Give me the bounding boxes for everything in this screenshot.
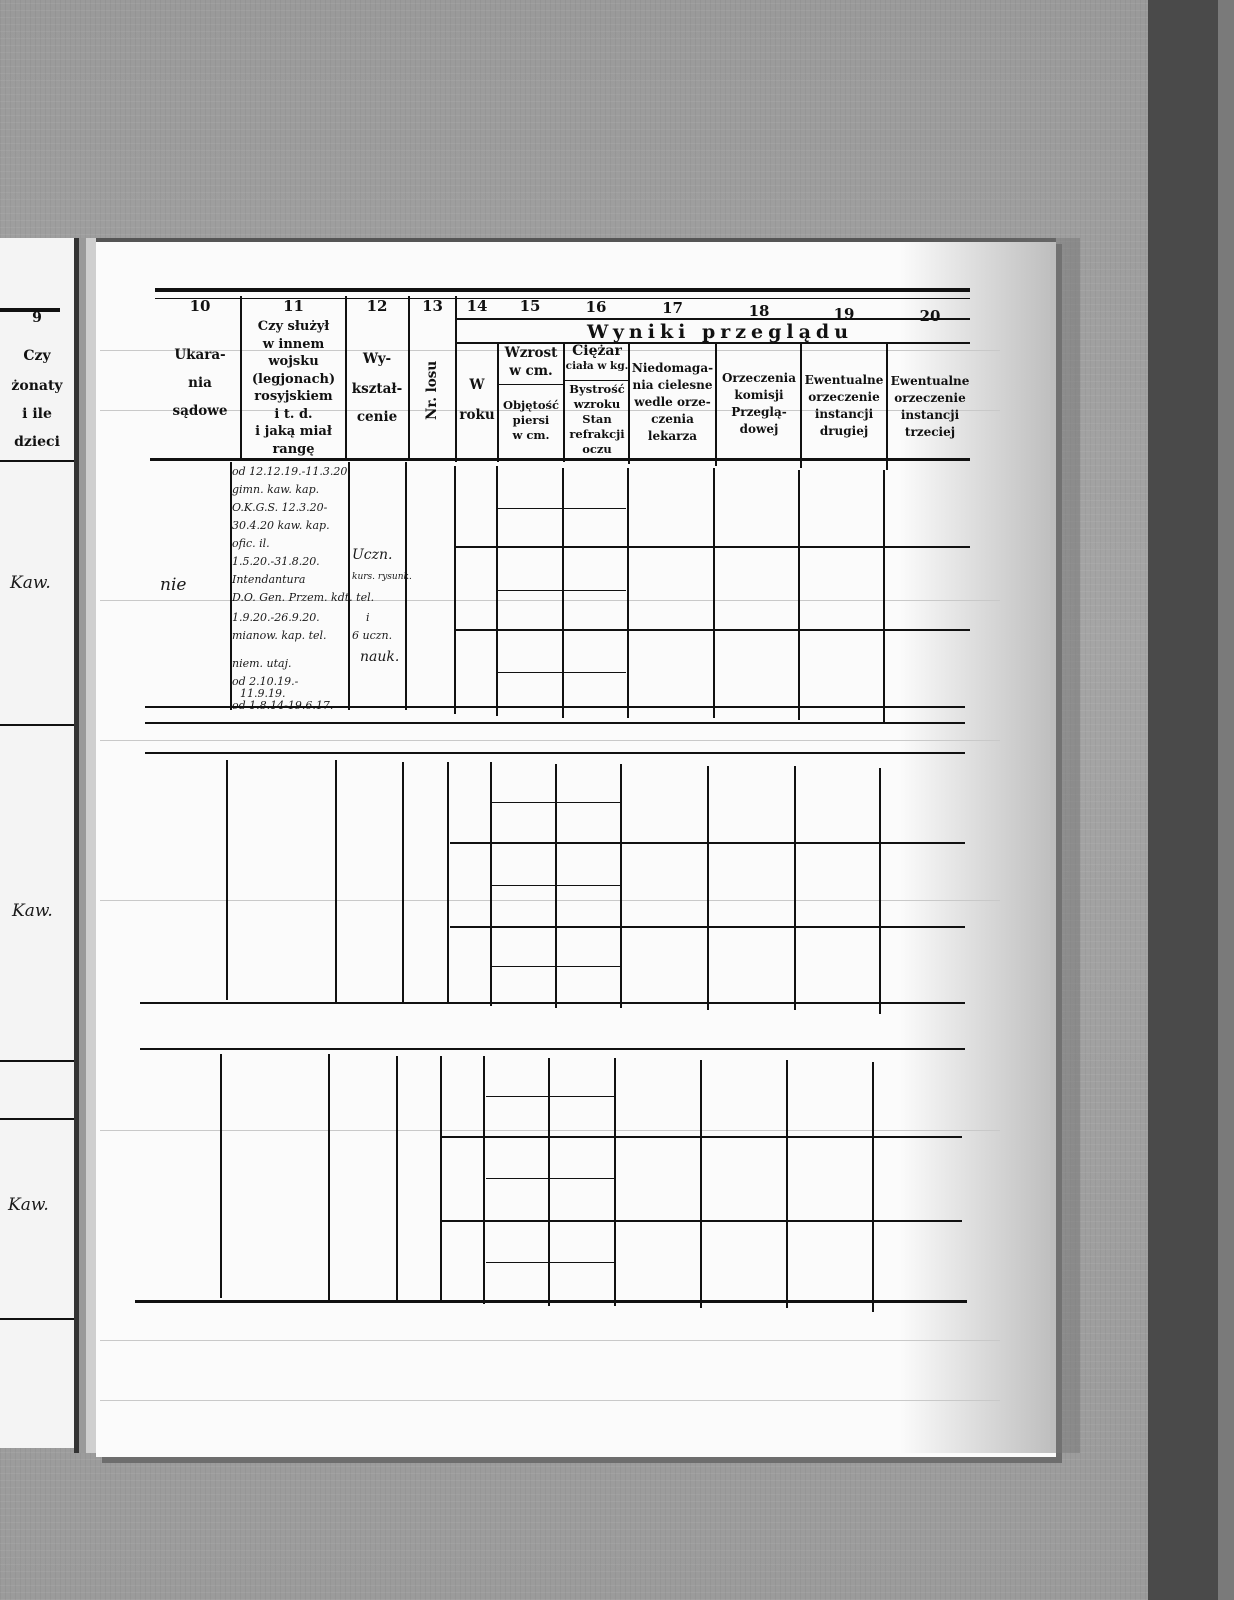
column-header-17: Niedomaga- nia cielesne wedle orze- czen… <box>630 360 715 445</box>
column-number: 18 <box>718 302 800 320</box>
header-line: wojsku <box>242 353 345 371</box>
handwritten-line: Intendantura <box>232 572 305 588</box>
header-line: ciała w kg. <box>565 359 629 374</box>
left-column-number: 9 <box>0 310 74 326</box>
header-line: Niedomaga- <box>630 360 715 377</box>
row-separator <box>145 752 965 754</box>
column-divider <box>447 762 449 1004</box>
cell-subdivider <box>486 1178 614 1179</box>
row-subdivider <box>455 629 970 631</box>
cell-subdivider <box>492 885 620 886</box>
column-number: 12 <box>347 297 407 315</box>
cell-subdivider <box>492 802 620 803</box>
cell-subdivider <box>486 1262 614 1263</box>
header-line: Stan <box>565 412 629 427</box>
left-page: 9 Czy żonaty i ile dzieci Kaw. Kaw. Kaw. <box>0 238 79 1448</box>
column-divider <box>345 296 347 458</box>
book-spine <box>74 238 96 1453</box>
row-separator <box>140 1048 965 1050</box>
header-line: roku <box>458 406 496 424</box>
header-line: lekarza <box>630 428 715 445</box>
handwritten-line: i <box>366 610 370 626</box>
header-line: Czy służył <box>242 318 345 336</box>
header-line: Ciężar <box>565 344 629 359</box>
header-line: instancji <box>803 406 885 423</box>
column-header-12: Wy- kształ- cenie <box>347 350 407 426</box>
header-line: Objętość <box>499 398 563 413</box>
header-line: kształ- <box>347 380 407 398</box>
header-line: orzeczenie <box>803 389 885 406</box>
scanner-edge-shadow <box>1148 0 1218 1600</box>
column-number: 10 <box>160 297 240 315</box>
column-divider <box>490 762 492 1006</box>
handwritten-line: 1.9.20.-26.9.20. <box>232 610 320 626</box>
header-line: w cm. <box>499 428 563 443</box>
handwritten-line: 1.5.20.-31.8.20. <box>232 554 320 570</box>
handwritten-line: 30.4.20 kaw. kap. <box>232 518 330 534</box>
header-line: Ewentualne <box>803 372 885 389</box>
header-line: Orzeczenia <box>718 370 800 387</box>
column-divider <box>628 342 630 464</box>
column-header-13: Nr. losu <box>424 356 440 420</box>
handwritten-line: mianow. kap. tel. <box>232 628 327 644</box>
header-line: nia cielesne <box>630 377 715 394</box>
column-divider <box>786 1060 788 1308</box>
column-divider <box>614 1058 616 1306</box>
header-line: piersi <box>499 413 563 428</box>
column-header-20: Ewentualne orzeczenie instancji trzeciej <box>888 373 972 441</box>
divider <box>0 1118 74 1120</box>
column-divider <box>328 1054 330 1300</box>
column-number: 14 <box>458 297 496 315</box>
row-separator <box>145 706 965 708</box>
column-divider <box>240 296 242 458</box>
header-line: Wy- <box>347 350 407 368</box>
row-subdivider <box>450 842 965 844</box>
header-line: drugiej <box>803 423 885 440</box>
column-divider <box>483 1056 485 1304</box>
header-line: instancji <box>888 407 972 424</box>
left-entry: Kaw. <box>12 904 53 920</box>
column-header-15-bottom: Objętość piersi w cm. <box>499 398 563 443</box>
row-subdivider <box>455 546 970 548</box>
column-number: 20 <box>888 307 972 325</box>
column-number: 19 <box>803 305 885 323</box>
handwritten-line: niem. utaj. <box>232 656 292 672</box>
column-divider <box>886 342 888 470</box>
header-line: wzroku <box>565 397 629 412</box>
header-line: Ewentualne <box>888 373 972 390</box>
header-line: orzeczenie <box>888 390 972 407</box>
column-header-11: Czy służył w innem wojsku (legjonach) ro… <box>242 318 345 458</box>
column-header-16-bottom: Bystrość wzroku Stan refrakcji oczu <box>565 382 629 457</box>
handwritten-line: 6 uczn. <box>352 628 392 644</box>
column-divider <box>620 764 622 1008</box>
column-divider <box>220 1054 222 1298</box>
header-line: oczu <box>565 442 629 457</box>
column-divider <box>794 766 796 1010</box>
header-line: wedle orze- <box>630 394 715 411</box>
left-column-header-line: dzieci <box>0 434 74 450</box>
header-line: dowej <box>718 421 800 438</box>
scanner-edge <box>1218 0 1234 1600</box>
header-line: sądowe <box>160 402 240 420</box>
handwritten-line: ofic. il. <box>232 536 270 552</box>
column-divider <box>707 766 709 1010</box>
divider <box>0 1318 74 1320</box>
cell-subdivider <box>486 1096 614 1097</box>
column-divider <box>627 468 629 718</box>
header-line: (legjonach) <box>242 371 345 389</box>
divider <box>0 460 74 462</box>
header-line: rosyjskiem <box>242 388 345 406</box>
column-divider <box>700 1060 702 1308</box>
column-divider <box>497 342 499 462</box>
header-line: Bystrość <box>565 382 629 397</box>
left-entry: Kaw. <box>8 1198 49 1214</box>
header-line: Przeglą- <box>718 404 800 421</box>
header-line: refrakcji <box>565 427 629 442</box>
handwritten-line: Uczn. <box>352 548 392 564</box>
faint-rule <box>100 1340 1000 1341</box>
cell-subdivider <box>498 672 626 673</box>
column-divider <box>496 466 498 716</box>
handwritten-line: O.K.G.S. 12.3.20- <box>232 500 327 516</box>
column-divider <box>555 764 557 1008</box>
handwritten-line: D.O. Gen. Przem. kdt. tel. <box>232 590 374 606</box>
column-divider <box>226 760 228 1000</box>
header-line: W <box>458 376 496 394</box>
left-column-header-line: żonaty <box>0 378 74 394</box>
column-divider <box>408 296 410 458</box>
column-divider <box>715 342 717 466</box>
header-top-rule <box>155 288 970 292</box>
column-number: 15 <box>498 297 562 315</box>
header-line: rangę <box>242 441 345 459</box>
divider <box>0 1060 74 1062</box>
header-line: i t. d. <box>242 406 345 424</box>
column-divider <box>562 468 564 718</box>
faint-rule <box>100 1130 1000 1131</box>
handwritten-line: kurs. rysunk. <box>352 570 412 586</box>
column-divider <box>348 462 350 710</box>
subheader-divider <box>499 384 563 385</box>
handwritten-line: gimn. kaw. kap. <box>232 482 319 498</box>
column-divider <box>396 1056 398 1302</box>
column-divider <box>879 768 881 1014</box>
row-subdivider <box>442 1220 962 1222</box>
header-line: cenie <box>347 408 407 426</box>
row-separator <box>135 1300 967 1303</box>
column-divider <box>405 462 407 710</box>
column-header-10: Ukara- nia sądowe <box>160 346 240 420</box>
faint-rule <box>100 1400 1000 1401</box>
column-header-14: W roku <box>458 376 496 424</box>
header-line: komisji <box>718 387 800 404</box>
column-header-16: Ciężar ciała w kg. <box>565 344 629 374</box>
header-bottom-rule <box>150 458 970 461</box>
column-number: 17 <box>630 299 715 317</box>
header-line: trzeciej <box>888 424 972 441</box>
column-divider <box>872 1062 874 1312</box>
cell-subdivider <box>498 590 626 591</box>
column-divider <box>454 466 456 714</box>
header-line: nia <box>160 374 240 392</box>
column-divider <box>798 470 800 720</box>
left-column-header-line: Czy <box>0 348 74 364</box>
row-separator <box>145 722 965 724</box>
column-divider <box>440 1056 442 1302</box>
left-column-header-line: i ile <box>0 406 74 422</box>
header-line: w innem <box>242 336 345 354</box>
column-divider <box>563 342 565 462</box>
column-number: 16 <box>565 298 627 316</box>
column-divider <box>713 468 715 718</box>
column-number: 11 <box>242 297 345 315</box>
header-line: i jaką miał <box>242 423 345 441</box>
column-number: 13 <box>410 297 455 315</box>
cell-subdivider <box>492 966 620 967</box>
header-line: Ukara- <box>160 346 240 364</box>
left-entry: Kaw. <box>10 576 51 592</box>
faint-rule <box>100 740 1000 741</box>
column-header-15: Wzrost w cm. <box>499 344 563 380</box>
column-divider <box>335 760 337 1002</box>
column-divider <box>402 762 404 1004</box>
handwritten-line: od 12.12.19.-11.3.20. <box>232 464 351 480</box>
row-subdivider <box>442 1136 962 1138</box>
row-subdivider <box>450 926 965 928</box>
cell-col10: nie <box>160 578 186 594</box>
header-line: czenia <box>630 411 715 428</box>
subheader-divider <box>565 380 629 381</box>
column-divider <box>455 296 457 462</box>
header-line: w cm. <box>499 362 563 380</box>
header-line: Wzrost <box>499 344 563 362</box>
handwritten-line: nauk. <box>360 650 399 666</box>
column-divider <box>800 342 802 468</box>
faint-rule <box>100 900 1000 901</box>
divider <box>0 724 74 726</box>
banner-title: Wyniki przeglądu <box>575 322 865 342</box>
cell-subdivider <box>498 508 626 509</box>
column-header-18: Orzeczenia komisji Przeglą- dowej <box>718 370 800 438</box>
column-divider <box>883 470 885 722</box>
row-separator <box>140 1002 965 1004</box>
column-header-19: Ewentualne orzeczenie instancji drugiej <box>803 372 885 440</box>
